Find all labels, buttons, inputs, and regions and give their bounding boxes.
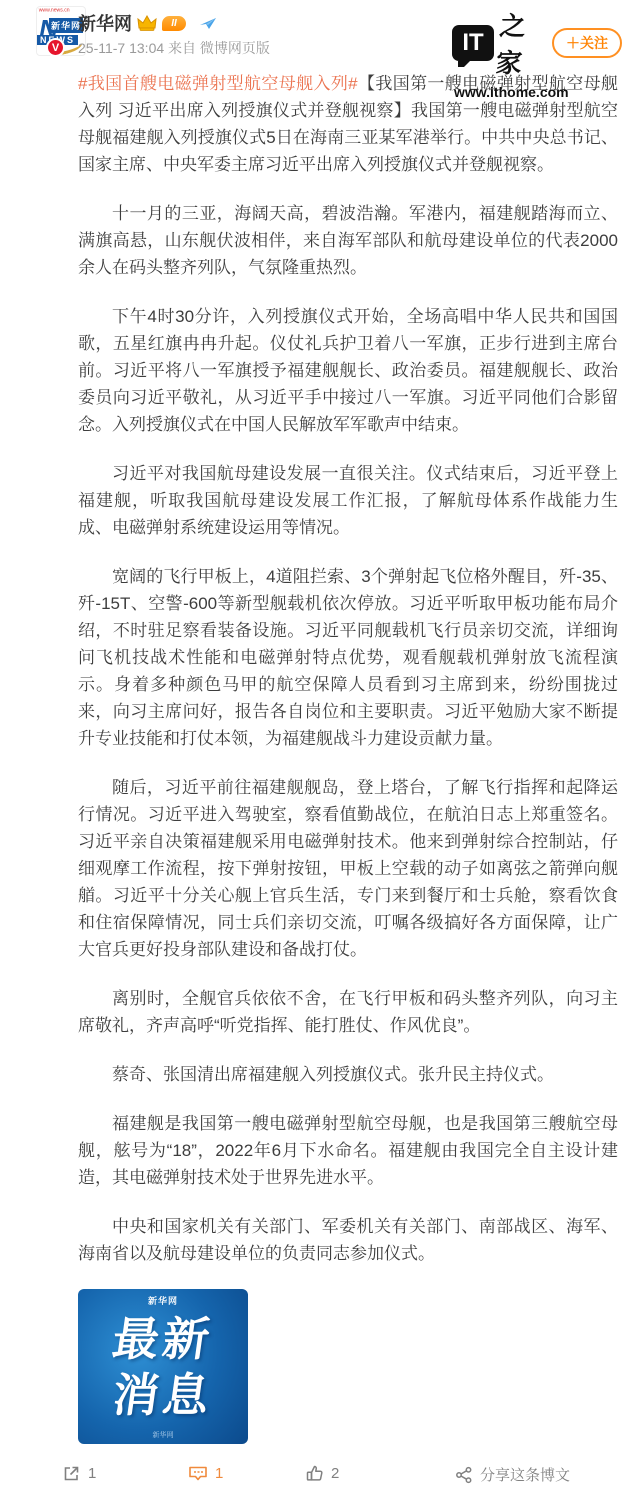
paragraph: 下午4时30分许，入列授旗仪式开始，全场高唱中华人民共和国国歌，五星红旗冉冉升起…	[78, 303, 618, 438]
card-line1: 最新	[109, 1311, 217, 1367]
avatar-url-text: www.news.cn	[37, 7, 78, 13]
share-button[interactable]: 分享这条博文	[455, 1464, 570, 1485]
share-label: 分享这条博文	[480, 1464, 570, 1485]
paragraph: 离别时，全舰官兵依依不舍，在飞行甲板和码头整齐列队，向习主席敬礼，齐声高呼“听党…	[78, 985, 618, 1039]
thumbs-up-icon	[305, 1464, 324, 1483]
ithome-watermark: IT 之家 ＋关注 www.ithome.com	[452, 6, 622, 100]
hashtag-link[interactable]: #我国首艘电磁弹射型航空母舰入列#	[78, 74, 358, 93]
author-name[interactable]: 新华网	[78, 10, 132, 36]
repost-icon	[62, 1464, 81, 1483]
comment-icon	[188, 1464, 208, 1483]
paragraph: 宽阔的飞行甲板上，4道阻拦索、3个弹射起飞位格外醒目，歼-35、歼-15T、空警…	[78, 563, 618, 752]
share-nodes-icon	[455, 1466, 473, 1484]
news-image-thumbnail[interactable]: 新华网 最新 消息 新华网	[78, 1289, 248, 1444]
card-line2: 消息	[109, 1367, 217, 1423]
follow-button[interactable]: ＋关注	[552, 28, 622, 58]
ithome-logo-icon: IT	[452, 25, 494, 61]
vip-level-badge: II	[162, 16, 186, 31]
paragraph: 中央和国家机关有关部门、军委机关有关部门、南部战区、海军、海南省以及航母建设单位…	[78, 1213, 618, 1267]
paragraph: 随后，习近平前往福建舰舰岛，登上塔台，了解飞行指挥和起降运行情况。习近平进入驾驶…	[78, 774, 618, 963]
source-prefix: 来自	[168, 40, 196, 56]
paragraph: 十一月的三亚，海阔天高，碧波浩瀚。军港内，福建舰踏海而立、满旗高悬，山东舰伏波相…	[78, 200, 618, 281]
paragraph: 习近平对我国航母建设发展一直很关注。仪式结束后，习近平登上福建舰，听取我国航母建…	[78, 460, 618, 541]
ithome-logo-script: 之家	[494, 6, 546, 80]
comment-count: 1	[215, 1465, 223, 1482]
verified-badge-icon: V	[46, 38, 65, 57]
comment-button[interactable]: 1	[188, 1464, 223, 1483]
card-logo-text: 新华网	[78, 1294, 248, 1307]
timestamp: 25-11-7 13:04	[78, 40, 164, 56]
repost-count: 1	[88, 1465, 96, 1482]
action-bar: 1 1 2 分享这条博文	[0, 1456, 636, 1496]
post-header: www.news.cn N 新华网 NEWS V 新华网 II 25-11-7 …	[0, 0, 636, 64]
post-meta: 25-11-7 13:04 来自 微博网页版	[78, 38, 270, 58]
card-watermark: 新华网	[78, 1430, 248, 1440]
source-link[interactable]: 微博网页版	[200, 40, 270, 56]
vip-crown-icon	[137, 15, 157, 31]
paragraph: 福建舰是我国第一艘电磁弹射型航空母舰，也是我国第三艘航空母舰，舷号为“18”，2…	[78, 1110, 618, 1191]
post-body: #我国首艘电磁弹射型航空母舰入列#【我国第一艘电磁弹射型航空母舰入列 习近平出席…	[0, 64, 636, 1267]
repost-button[interactable]: 1	[62, 1464, 96, 1483]
like-button[interactable]: 2	[305, 1464, 339, 1483]
like-count: 2	[331, 1465, 339, 1482]
paragraph: 蔡奇、张国清出席福建舰入列授旗仪式。张升民主持仪式。	[78, 1061, 618, 1088]
ithome-url: www.ithome.com	[452, 84, 622, 100]
blue-wing-icon	[199, 16, 217, 30]
